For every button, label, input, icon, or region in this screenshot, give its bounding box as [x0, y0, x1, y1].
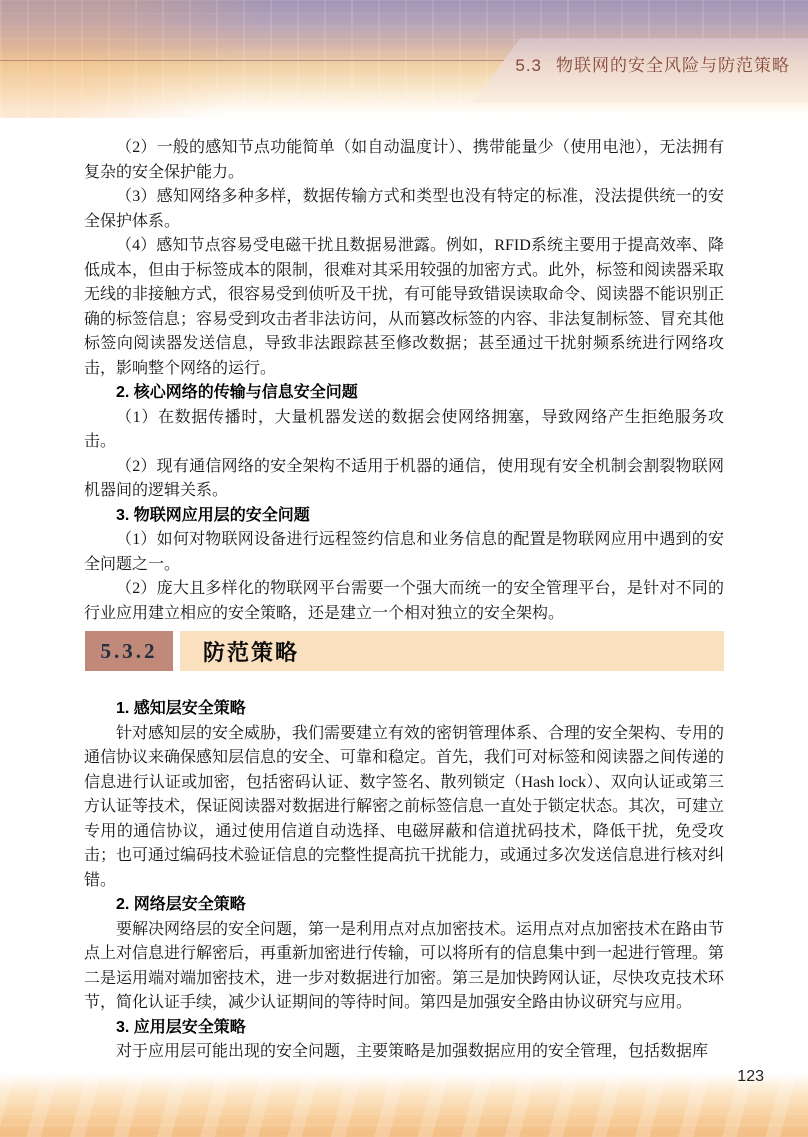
subheading: 1. 感知层安全策略 — [84, 697, 724, 722]
subheading: 3. 应用层安全策略 — [84, 1016, 724, 1041]
chapter-title: 5.3物联网的安全风险与防范策略 — [515, 51, 790, 84]
subheading: 2. 核心网络的传输与信息安全问题 — [84, 381, 724, 406]
paragraph: 对于应用层可能出现的安全问题，主要策略是加强数据应用的安全管理，包括数据库 — [84, 1040, 724, 1065]
subheading: 3. 物联网应用层的安全问题 — [84, 504, 724, 529]
subsection-banner: 5.3.2 防范策略 — [85, 631, 724, 671]
book-page: 5.3物联网的安全风险与防范策略 （2）一般的感知节点功能简单（如自动温度计）、… — [0, 0, 808, 1137]
subsection-number: 5.3.2 — [85, 631, 173, 671]
chapter-title-band: 5.3物联网的安全风险与防范策略 — [473, 31, 808, 103]
paragraph: （4）感知节点容易受电磁干扰且数据易泄露。例如，RFID系统主要用于提高效率、降… — [84, 234, 724, 381]
header-rule — [0, 60, 562, 61]
subsection-title: 防范策略 — [203, 636, 299, 667]
section-5-3-1-text: （2）一般的感知节点功能简单（如自动温度计）、携带能量少（使用电池），无法拥有复… — [84, 136, 724, 626]
subsection-title-bar: 防范策略 — [180, 631, 724, 671]
page-footer — [0, 1073, 808, 1137]
chapter-title-text: 物联网的安全风险与防范策略 — [556, 56, 790, 75]
paragraph: 要解决网络层的安全问题，第一是利用点对点加密技术。运用点对点加密技术在路由节点上… — [84, 918, 724, 1016]
chapter-number: 5.3 — [515, 56, 542, 75]
paragraph: （1）如何对物联网设备进行远程签约信息和业务信息的配置是物联网应用中遇到的安全问… — [84, 528, 724, 577]
subheading: 2. 网络层安全策略 — [84, 893, 724, 918]
paragraph: 针对感知层的安全威胁，我们需要建立有效的密钥管理体系、合理的安全架构、专用的通信… — [84, 722, 724, 894]
paragraph: （2）一般的感知节点功能简单（如自动温度计）、携带能量少（使用电池），无法拥有复… — [84, 136, 724, 185]
page-number: 123 — [737, 1068, 764, 1086]
section-5-3-2-text: 1. 感知层安全策略 针对感知层的安全威胁，我们需要建立有效的密钥管理体系、合理… — [84, 697, 724, 1065]
paragraph: （1）在数据传播时，大量机器发送的数据会使网络拥塞，导致网络产生拒绝服务攻击。 — [84, 406, 724, 455]
paragraph: （3）感知网络多种多样，数据传输方式和类型也没有特定的标准，没法提供统一的安全保… — [84, 185, 724, 234]
paragraph: （2）庞大且多样化的物联网平台需要一个强大而统一的安全管理平台，是针对不同的行业… — [84, 577, 724, 626]
page-header: 5.3物联网的安全风险与防范策略 — [0, 0, 808, 118]
paragraph: （2）现有通信网络的安全架构不适用于机器的通信，使用现有安全机制会割裂物联网机器… — [84, 455, 724, 504]
